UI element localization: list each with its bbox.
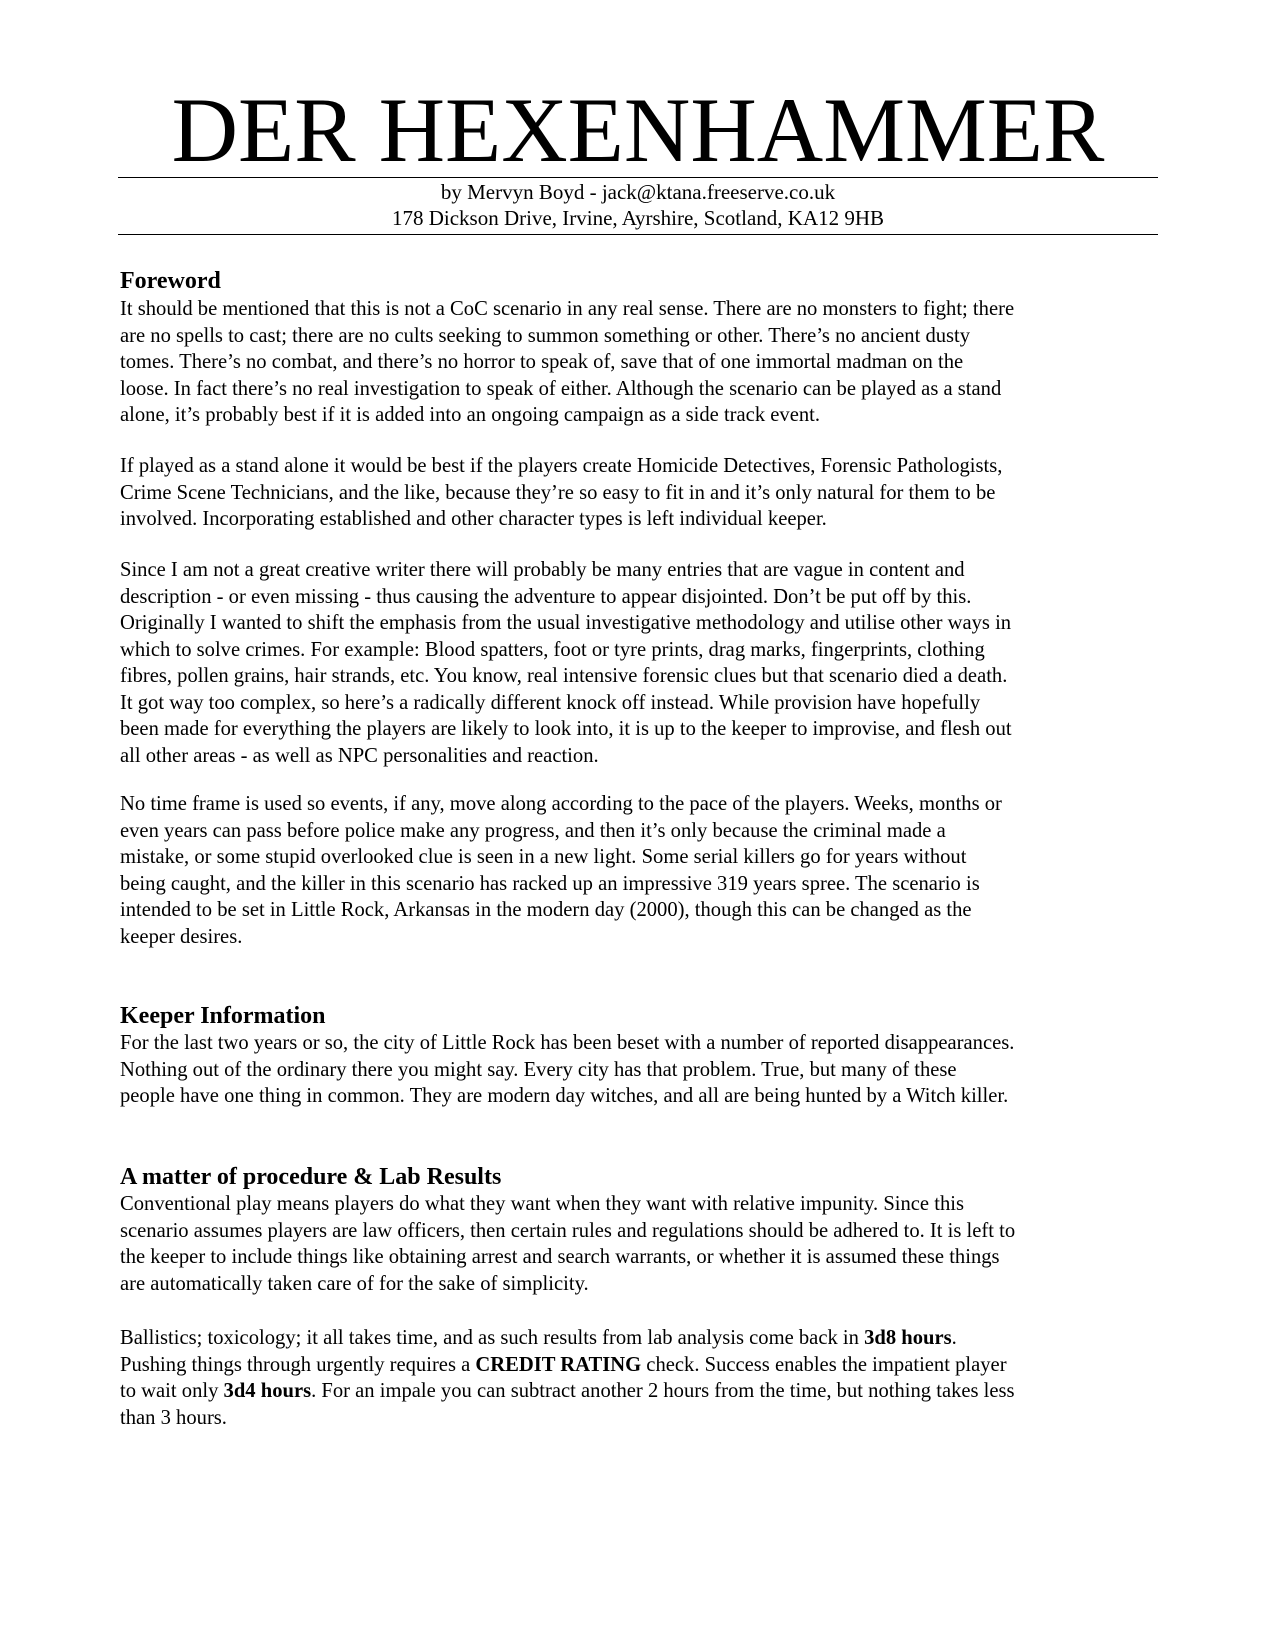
author-byline: by Mervyn Boyd - jack@ktana.freeserve.co… bbox=[118, 179, 1158, 205]
heading-keeper-information: Keeper Information bbox=[120, 1002, 326, 1030]
document-title: DER HEXENHAMMER bbox=[118, 78, 1158, 182]
keeper-paragraph-1: For the last two years or so, the city o… bbox=[120, 1030, 1160, 1110]
foreword-paragraph-1: It should be mentioned that this is not … bbox=[120, 296, 1160, 429]
foreword-paragraph-2: If played as a stand alone it would be b… bbox=[120, 453, 1160, 533]
heading-foreword: Foreword bbox=[120, 267, 221, 295]
author-address: 178 Dickson Drive, Irvine, Ayrshire, Sco… bbox=[118, 205, 1158, 231]
foreword-paragraph-3: Since I am not a great creative writer t… bbox=[120, 557, 1160, 769]
title-divider-bottom bbox=[118, 234, 1158, 235]
procedure-paragraph-2: Ballistics; toxicology; it all takes tim… bbox=[120, 1325, 1160, 1431]
title-divider-top bbox=[118, 177, 1158, 178]
heading-procedure-lab-results: A matter of procedure & Lab Results bbox=[120, 1163, 501, 1191]
foreword-paragraph-4: No time frame is used so events, if any,… bbox=[120, 791, 1160, 950]
procedure-paragraph-1: Conventional play means players do what … bbox=[120, 1191, 1160, 1297]
lab-time-emphasis: 3d8 hours bbox=[864, 1327, 952, 1349]
credit-rating-emphasis: CREDIT RATING bbox=[475, 1354, 641, 1376]
rush-time-emphasis: 3d4 hours bbox=[224, 1380, 312, 1402]
